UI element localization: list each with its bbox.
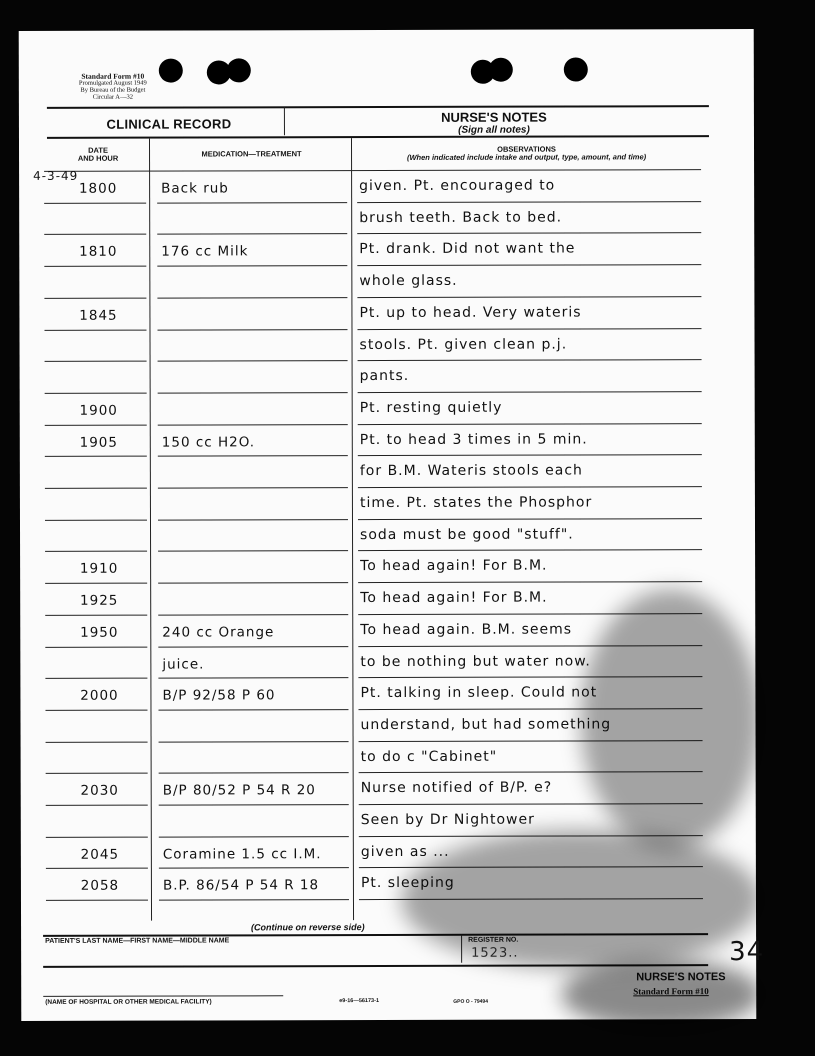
punch-hole [227,58,251,82]
row-divider [46,805,148,806]
row-divider [358,359,702,361]
table-row: brush teeth. Back to bed. [19,29,754,31]
observations-header: OBSERVATIONS (When indicated include int… [354,145,699,162]
entry-time: 1845 [59,307,137,323]
entry-time: 1910 [60,561,138,577]
row-divider [358,550,702,552]
row-divider [158,550,348,551]
row-divider [158,360,348,361]
entry-observation: pants. [360,368,410,384]
row-divider [357,201,701,203]
standard-form-info: Standard Form #10 Promulgated August 194… [53,73,173,101]
column-divider [149,139,152,921]
entry-medication: Back rub [161,180,229,196]
table-row: soda must be good "stuff". [19,29,754,31]
punch-hole [489,58,513,82]
row-divider [44,202,146,203]
table-row: for B.M. Wateris stools each [19,29,754,31]
table-row: time. Pt. states the Phosphor [19,29,754,31]
row-divider [159,804,349,805]
row-divider [158,487,348,488]
row-divider [157,265,347,266]
row-divider [358,391,702,393]
row-divider [45,614,147,615]
row-divider [45,361,147,362]
divider [44,169,701,172]
scan-smudge [401,829,761,970]
row-divider [159,867,349,868]
gpo-code: GPO O - 79494 [453,999,488,1005]
row-divider [357,296,701,298]
entry-time: 2058 [61,878,139,894]
entry-time: 1900 [60,403,138,419]
entry-medication: juice. [162,656,204,672]
row-divider [46,900,148,901]
row-divider [158,424,348,425]
table-row: pants. [19,29,754,31]
entry-observation: Pt. drank. Did not want the [359,241,575,258]
entry-observation: Pt. talking in sleep. Could not [360,685,597,702]
divider [43,995,283,997]
row-divider [45,551,147,552]
row-divider [358,486,702,488]
table-row: Seen by Dr Nightower [19,29,754,31]
row-divider [45,519,147,520]
entry-time: 2030 [61,783,139,799]
hospital-label: (NAME OF HOSPITAL OR OTHER MEDICAL FACIL… [45,998,212,1005]
entry-observation: whole glass. [359,273,457,289]
divider [284,107,285,135]
row-divider [158,709,348,710]
entry-observation: to do c "Cabinet" [361,748,498,764]
entry-medication: B/P 92/58 P 60 [162,687,275,703]
page-number: 34 [729,937,764,967]
row-divider [357,328,701,330]
row-divider [159,772,349,773]
entry-observation: Seen by Dr Nightower [361,812,535,828]
row-divider [157,202,347,203]
row-divider [358,581,702,583]
entries-table: 4-3-491800Back rubgiven. Pt. encouraged … [19,29,754,31]
table-row: juice.to be nothing but water now. [19,29,754,31]
table-row: 1810176 cc MilkPt. drank. Did not want t… [19,29,754,31]
row-divider [46,868,148,869]
row-divider [158,455,348,456]
entry-time: 1800 [59,181,137,197]
entry-medication: B.P. 86/54 P 54 R 18 [163,878,319,894]
row-divider [45,646,147,647]
row-divider [45,583,147,584]
entry-observation: Pt. up to head. Very wateris [359,304,581,321]
row-divider [45,393,147,394]
entry-observation: To head again! For B.M. [360,558,547,574]
punch-hole [159,59,183,83]
table-row: 1900Pt. resting quietly [19,29,754,31]
entry-observation: Nurse notified of B/P. e? [361,780,553,797]
table-row: 2058B.P. 86/54 P 54 R 18Pt. sleeping [19,29,754,31]
row-divider [45,678,147,679]
row-divider [358,518,702,520]
table-row: 1905150 cc H2O.Pt. to head 3 times in 5 … [19,29,754,31]
scan-smudge [580,589,761,849]
column-divider [351,138,354,920]
row-divider [358,423,702,425]
table-row: to do c "Cabinet" [19,29,754,31]
nurses-notes-title: NURSE'S NOTES (Sign all notes) [289,109,699,136]
punch-hole [564,57,588,81]
entry-medication: 176 cc Milk [161,244,248,260]
row-divider [158,392,348,393]
entry-medication: Coramine 1.5 cc I.M. [163,846,322,862]
row-divider [44,266,146,267]
entry-medication: 150 cc H2O. [162,434,255,450]
divider [47,105,709,109]
entry-time: 1950 [60,624,138,640]
continue-note: (Continue on reverse side) [251,922,365,932]
row-divider [159,899,349,900]
table-row: 1925To head again! For B.M. [19,29,754,31]
entry-observation: time. Pt. states the Phosphor [360,494,592,511]
entry-observation: brush teeth. Back to bed. [359,209,562,226]
row-divider [44,234,146,235]
entry-observation: understand, but had something [361,716,612,733]
entry-observation: Pt. resting quietly [360,400,503,416]
row-divider [46,836,148,837]
table-row: 2030B/P 80/52 P 54 R 20Nurse notified of… [19,29,754,31]
row-divider [45,488,147,489]
row-divider [158,614,348,615]
table-row: 1950240 cc OrangeTo head again. B.M. see… [19,29,754,31]
entry-observation: stools. Pt. given clean p.j. [360,336,568,353]
entry-time: 2000 [60,688,138,704]
row-divider [44,297,146,298]
entry-observation: To head again. B.M. seems [360,621,572,638]
entry-time: 1905 [60,434,138,450]
row-divider [158,582,348,583]
patient-name-label: PATIENT'S LAST NAME—FIRST NAME—MIDDLE NA… [45,937,229,944]
medication-header: MEDICATION—TREATMENT [154,150,349,159]
entry-time: 1810 [59,244,137,260]
row-divider [46,773,148,774]
entry-time: 2045 [61,846,139,862]
entry-time: 1925 [60,593,138,609]
table-row: understand, but had something [19,29,754,31]
entry-observation: To head again! For B.M. [360,590,547,606]
entry-observation: soda must be good "stuff". [360,526,574,543]
entry-observation: to be nothing but water now. [360,653,590,670]
row-divider [157,233,347,234]
row-divider [159,741,349,742]
row-divider [159,836,349,837]
entry-observation: given. Pt. encouraged to [359,178,555,195]
date-hour-header: DATE AND HOUR [49,147,147,163]
entry-medication: B/P 80/52 P 54 R 20 [163,782,316,798]
row-divider [158,519,348,520]
row-divider [45,456,147,457]
row-divider [44,329,146,330]
row-divider [46,741,148,742]
row-divider [157,329,347,330]
table-row: stools. Pt. given clean p.j. [19,29,754,31]
entry-medication: 240 cc Orange [162,624,274,640]
clinical-record-title: CLINICAL RECORD [49,116,289,132]
table-row: 2045Coramine 1.5 cc I.M.given as ... [19,29,754,31]
clinical-record-page: Standard Form #10 Promulgated August 194… [19,29,757,1021]
scan-smudge [561,959,761,1030]
table-row: 2000B/P 92/58 P 60Pt. talking in sleep. … [19,29,754,31]
row-divider [157,297,347,298]
entry-observation: Pt. to head 3 times in 5 min. [360,431,588,448]
table-row: 4-3-491800Back rubgiven. Pt. encouraged … [19,29,754,31]
row-divider [358,454,702,456]
row-divider [45,424,147,425]
table-row: 1845Pt. up to head. Very wateris [19,29,754,31]
row-divider [357,233,701,235]
table-row: 1910To head again! For B.M. [19,29,754,31]
table-row: whole glass. [19,29,754,31]
row-divider [45,710,147,711]
form-code: e9-16—56173-1 [339,998,379,1004]
entry-observation: for B.M. Wateris stools each [360,463,583,480]
row-divider [158,646,348,647]
row-divider [357,264,701,266]
row-divider [158,677,348,678]
divider [47,135,709,139]
